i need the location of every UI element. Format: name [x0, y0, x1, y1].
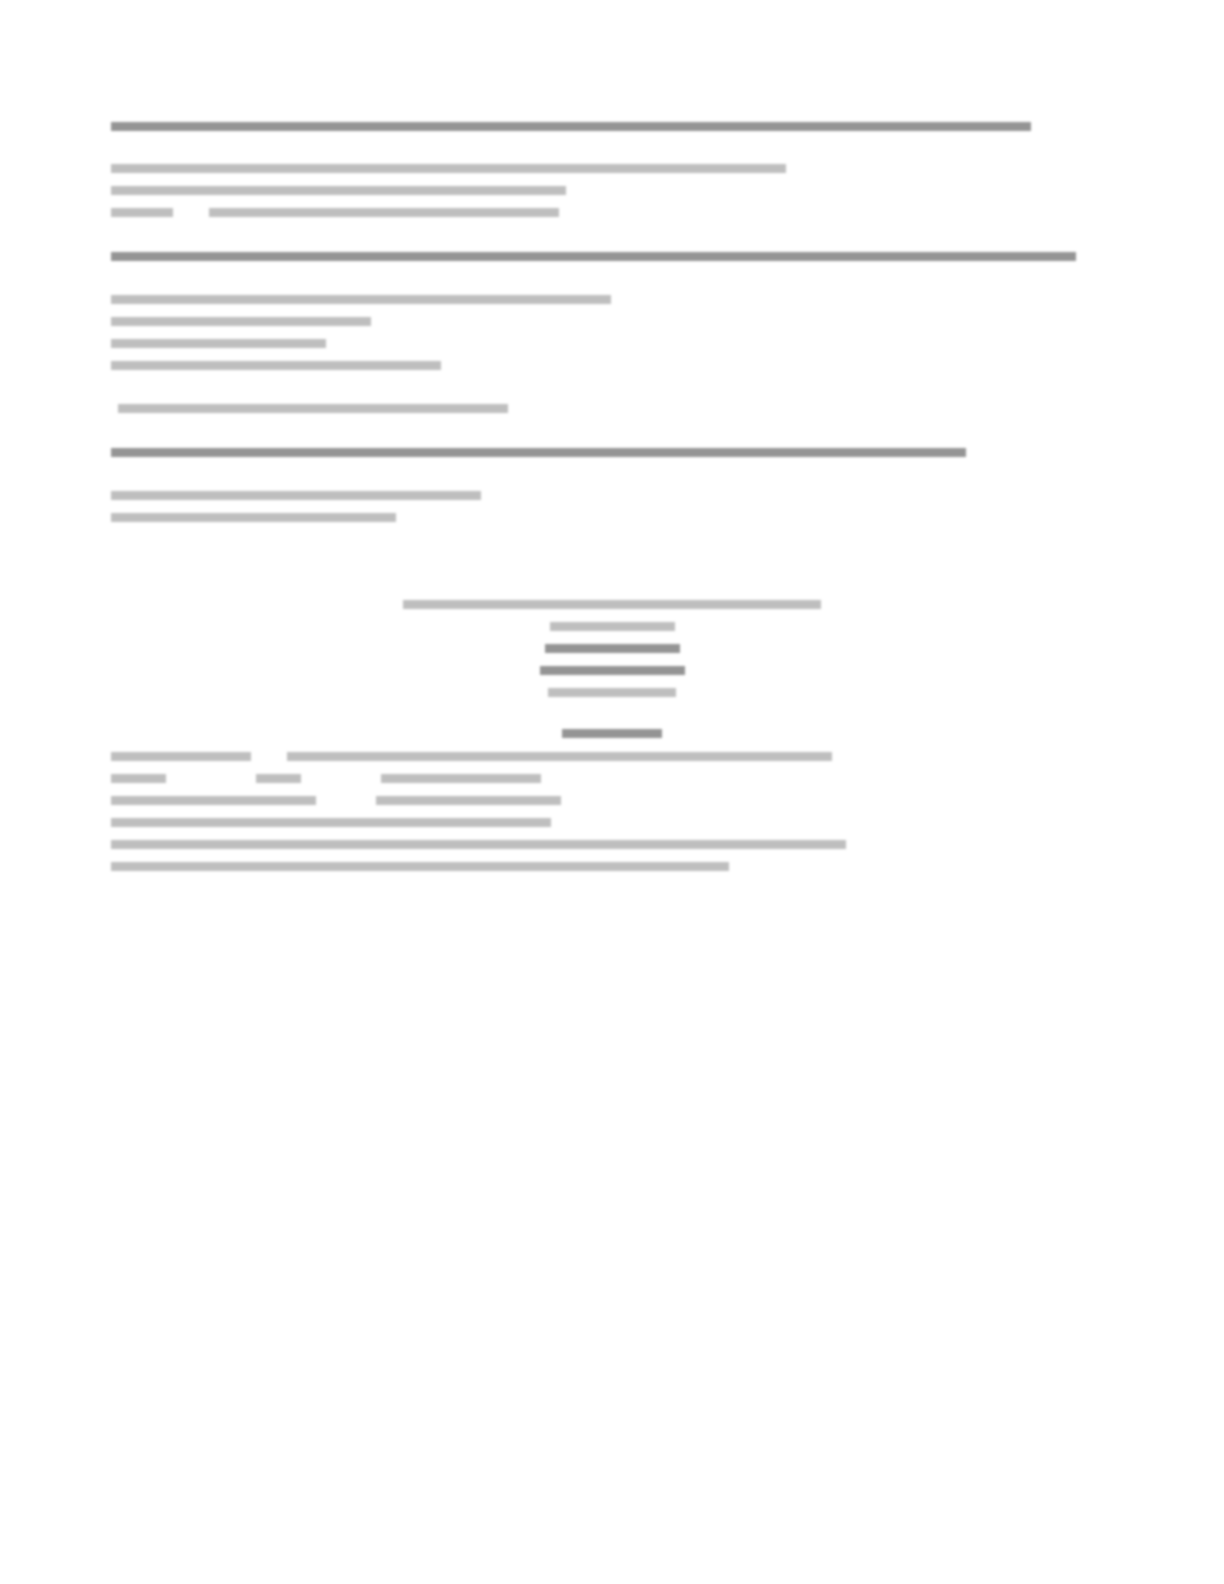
topic-line [111, 335, 326, 349]
heading-text [111, 448, 966, 457]
evaluation-title [0, 596, 1224, 610]
topic-line [111, 357, 441, 371]
reference-entry [111, 792, 561, 806]
bibliography-heading [0, 725, 1224, 739]
reference-entry [111, 770, 541, 784]
heading-text [111, 252, 1076, 261]
evaluation-line [0, 640, 1224, 654]
topic-line [111, 182, 566, 196]
topic-line [111, 204, 559, 218]
reference-entry [111, 748, 832, 762]
topic-line [111, 160, 786, 174]
heading-text [111, 122, 1031, 131]
reference-entry [111, 814, 551, 828]
evaluation-line [0, 662, 1224, 676]
reference-entry [111, 836, 846, 850]
topic-line [111, 509, 396, 523]
evaluation-line [0, 618, 1224, 632]
section-heading-2 [111, 248, 1076, 262]
evaluation-line [0, 684, 1224, 698]
reference-entry [111, 858, 729, 872]
note-line [118, 400, 508, 414]
section-heading-3 [111, 444, 966, 458]
topic-line [111, 487, 481, 501]
topic-line [111, 313, 371, 327]
topic-line [111, 291, 611, 305]
section-heading-1 [111, 118, 1031, 132]
